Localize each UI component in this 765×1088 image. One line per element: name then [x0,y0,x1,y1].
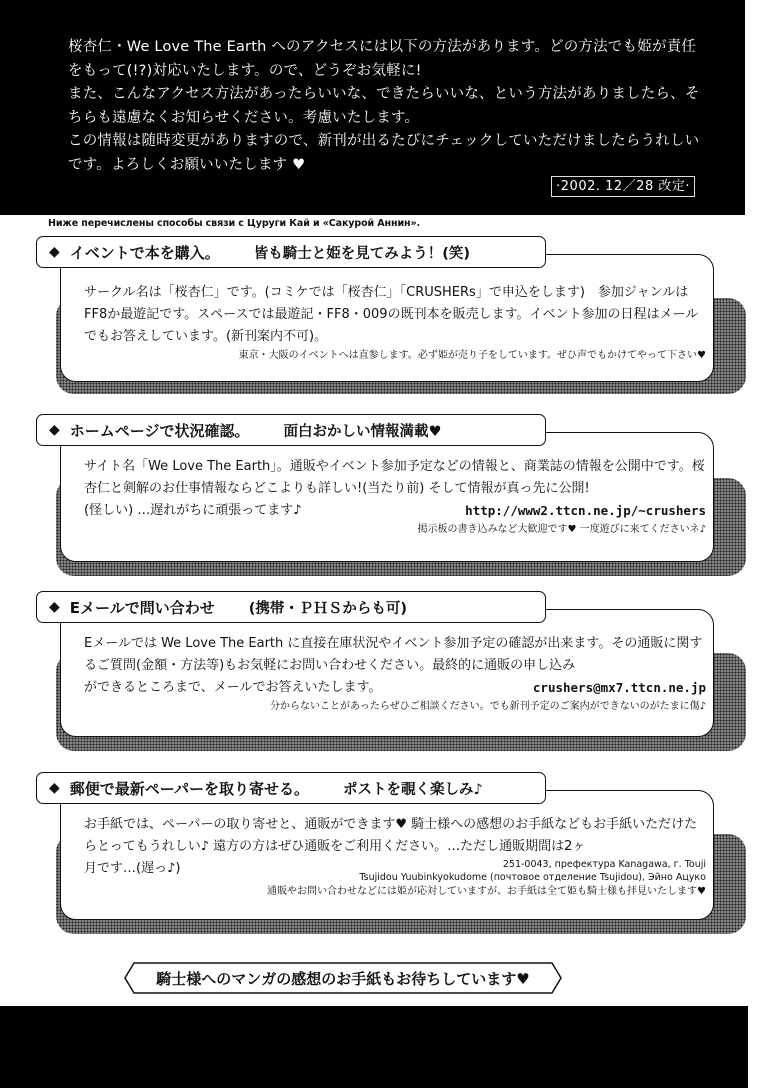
section-title: 郵便で最新ペーパーを取り寄せる。 [70,778,309,799]
address-line: 251-0043, префектура Kanagawa, г. Touji [359,858,706,871]
section-title-tab: ◆ Eメールで問い合わせ (携帯・ＰＨＳからも可) [36,591,546,623]
homepage-url-link[interactable]: http://www2.ttcn.ne.jp/~crushers [465,500,706,522]
body-paragraph: サークル名は「桜杏仁」です。(コミケでは「桜杏仁」「CRUSHERs」で申込をし… [84,282,706,348]
body-last-line: (怪しい) …遅れがちに頑張ってます♪ [84,500,302,522]
translation-note: Ниже перечислены способы связи с Цуруги … [48,218,420,229]
body-paragraph: Eメールでは We Love The Earth に直接在庫状況やイベント参加予… [84,633,706,677]
section-body: Eメールでは We Love The Earth に直接在庫状況やイベント参加予… [84,633,706,715]
section-note: 東京・大阪のイベントへは直参します。必ず姫が売り子をしています。ぜひ声でもかけて… [84,348,706,364]
diamond-icon: ◆ [49,422,60,438]
section-subtitle: 皆も騎士と姫を見てみよう！(笑) [254,242,470,263]
diamond-icon: ◆ [49,244,60,260]
section-body: サークル名は「桜杏仁」です。(コミケでは「桜杏仁」「CRUSHERs」で申込をし… [84,282,706,364]
section-subtitle: ポストを覗く楽しみ♪ [343,778,483,799]
section-homepage: ◆ ホームページで状況確認。 面白おかしい情報満載♥ サイト名「We Love … [36,414,746,579]
section-title: イベントで本を購入。 [70,242,220,263]
section-title: ホームページで状況確認。 [70,420,250,441]
section-subtitle: 面白おかしい情報満載♥ [283,420,441,441]
diamond-icon: ◆ [49,780,60,796]
intro-paragraph: また、こんなアクセス方法があったらいいな、できたらいいな、という方法がありました… [68,83,708,130]
body-paragraph: サイト名「We Love The Earth」。通販やイベント参加予定などの情報… [84,456,706,500]
closing-message: 騎士様へのマンガの感想のお手紙もお待ちしています♥ [124,968,562,989]
address-line: Tsujidou Yuubinkyokudome (почтовое отдел… [359,871,706,884]
section-title-tab: ◆ ホームページで状況確認。 面白おかしい情報満載♥ [36,414,546,446]
section-subtitle: (携帯・ＰＨＳからも可) [249,597,407,618]
section-body: サイト名「We Love The Earth」。通販やイベント参加予定などの情報… [84,456,706,538]
footer-black-block [0,1006,748,1088]
section-email: ◆ Eメールで問い合わせ (携帯・ＰＨＳからも可) Eメールでは We Love… [36,591,746,756]
body-last-line: 月です…(遅っ♪) [84,858,180,880]
closing-banner: 騎士様へのマンガの感想のお手紙もお待ちしています♥ [124,962,562,994]
body-last-line: ができるところまで、メールでお答えいたします。 [84,677,381,699]
intro-block: 桜杏仁・We Love The Earth へのアクセスには以下の方法があります… [0,0,745,215]
section-note: 通販やお問い合わせなどには姫が応対していますが、お手紙は全て姫も騎士様も拝見いた… [84,884,706,900]
email-address-link[interactable]: crushers@mx7.ttcn.ne.jp [533,677,706,699]
section-mail: ◆ 郵便で最新ペーパーを取り寄せる。 ポストを覗く楽しみ♪ お手紙では、ペーパー… [36,772,746,937]
intro-text: 桜杏仁・We Love The Earth へのアクセスには以下の方法があります… [68,36,708,177]
section-title: Eメールで問い合わせ [70,597,215,618]
section-note: 掲示板の書き込みなど大歓迎です♥ 一度遊びに来てくださいネ♪ [84,522,706,538]
diamond-icon: ◆ [49,599,60,615]
section-note: 分からないことがあったらぜひご相談ください。でも新刊予定のご案内ができないのがた… [84,699,706,715]
section-title-tab: ◆ 郵便で最新ペーパーを取り寄せる。 ポストを覗く楽しみ♪ [36,772,546,804]
intro-paragraph: この情報は随時変更がありますので、新刊が出るたびにチェックしていただけましたらう… [68,130,708,177]
body-paragraph: お手紙では、ペーパーの取り寄せと、通販ができます♥ 騎士様への感想のお手紙なども… [84,814,706,858]
revision-date: ·2002. 12／28 改定· [551,176,695,197]
intro-paragraph: 桜杏仁・We Love The Earth へのアクセスには以下の方法があります… [68,36,708,83]
postal-address: 251-0043, префектура Kanagawa, г. Touji … [359,858,706,884]
section-title-tab: ◆ イベントで本を購入。 皆も騎士と姫を見てみよう！(笑) [36,236,546,268]
section-body: お手紙では、ペーパーの取り寄せと、通販ができます♥ 騎士様への感想のお手紙なども… [84,814,706,900]
section-event: ◆ イベントで本を購入。 皆も騎士と姫を見てみよう！(笑) サークル名は「桜杏仁… [36,236,746,396]
